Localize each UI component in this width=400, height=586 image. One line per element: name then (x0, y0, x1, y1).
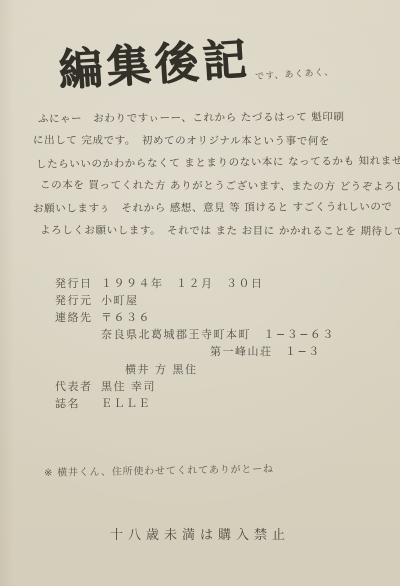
colophon-value: 〒６３６ (101, 309, 151, 325)
age-restriction-notice: 十八歳未満は購入禁止 (0, 524, 400, 543)
afterword-line: したらいいのかわからなくて まとまりのない本に なってるかも 知れませんが (30, 153, 378, 179)
colophon-row-building: 第一峰山荘 １−３ (55, 343, 335, 360)
colophon-row-contact: 連絡先 〒６３６ (55, 308, 335, 325)
afterword-line: よろしくお願いします。 それでは また お目に かかれることを 期待して …。 (30, 222, 378, 246)
colophon-row-publisher: 発行元 小町屋 (55, 291, 335, 308)
colophon-label: 発行日 (55, 275, 101, 291)
page-title-text: 編集後記 (57, 34, 252, 97)
colophon-value: 横井 方 黒住 (55, 361, 198, 377)
colophon-value: 第一峰山荘 １−３ (55, 343, 321, 359)
colophon-row-address: 奈良県北葛城郡王寺町本町 １−３−６３ (55, 326, 335, 343)
colophon-row-publication-date: 発行日 １９９４年 １２月 ３０日 (55, 274, 335, 291)
colophon-label: 発行元 (55, 292, 101, 308)
afterword-line: この本を 買ってくれた方 ありがとうございます、またの方 どうぞよろしく (30, 177, 378, 201)
page-title: 編集後記です、あくあく、 (56, 18, 335, 99)
colophon-value: ＥＬＬＥ (101, 395, 151, 411)
colophon-value: 黒住 幸司 (101, 378, 156, 394)
afterword-line: に出して 完成です。 初めてのオリジナル本という事で何を (30, 132, 378, 156)
afterword-line: お願いしますぅ それから 感想、意見 等 頂けると すごくうれしいので (30, 199, 378, 223)
colophon-value: 奈良県北葛城郡王寺町本町 １−３−６３ (55, 326, 335, 342)
colophon-row-magazine-name: 誌名 ＥＬＬＥ (55, 394, 335, 411)
colophon-row-representative: 代表者 黒住 幸司 (55, 377, 335, 394)
colophon-row-care-of: 横井 方 黒住 (55, 360, 335, 377)
afterword-line: ふにゃー おわりですぃーー、これから たづるはって 魁印刷 (30, 109, 378, 134)
colophon-value: 小町屋 (101, 292, 139, 308)
colophon-label: 誌名 (55, 395, 101, 411)
page-title-suffix: です、あくあく、 (255, 68, 335, 83)
afterword-paragraph: ふにゃー おわりですぃーー、これから たづるはって 魁印刷 に出して 完成です。… (30, 110, 378, 245)
scanned-afterword-page: 編集後記です、あくあく、 ふにゃー おわりですぃーー、これから たづるはって 魁… (0, 0, 400, 586)
colophon-block: 発行日 １９９４年 １２月 ３０日 発行元 小町屋 連絡先 〒６３６ 奈良県北葛… (55, 274, 335, 412)
colophon-value: １９９４年 １２月 ３０日 (101, 275, 264, 291)
colophon-label: 連絡先 (55, 309, 101, 325)
colophon-label: 代表者 (55, 378, 101, 394)
handwritten-note: ※ 横井くん、住所使わせてくれてありがとーね (44, 460, 274, 479)
